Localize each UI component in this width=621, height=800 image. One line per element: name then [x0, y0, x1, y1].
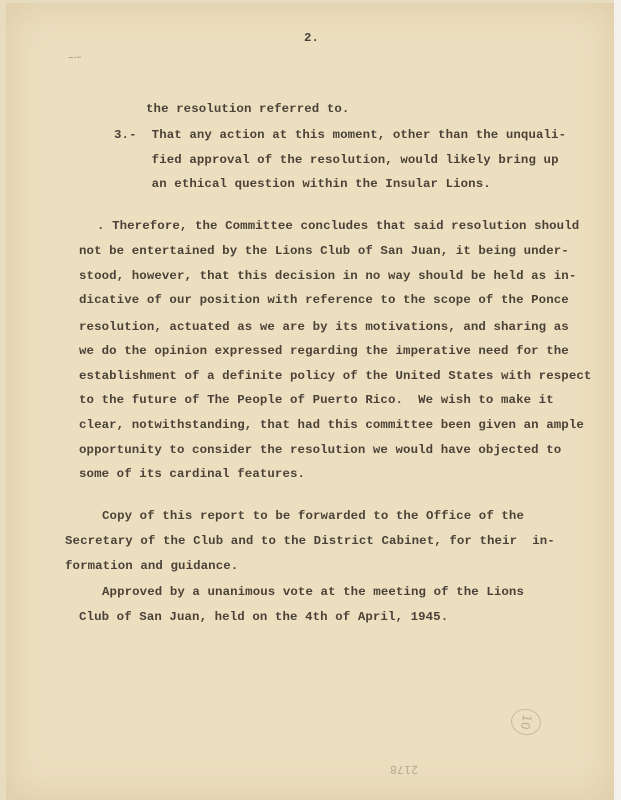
paragraph-line: not be entertained by the Lions Club of … [79, 244, 569, 258]
paragraph-line: Copy of this report to be forwarded to t… [102, 509, 524, 523]
pencil-note: 2178 [390, 763, 418, 776]
text-line: the resolution referred to. [146, 102, 349, 116]
paragraph-line: Secretary of the Club and to the Distric… [65, 534, 555, 548]
document-page: 2. ~-~ the resolution referred to. 3.- T… [6, 3, 614, 800]
paragraph-line: Club of San Juan, held on the 4th of Apr… [79, 610, 448, 624]
list-item-3-line-2: fied approval of the resolution, would l… [114, 153, 559, 167]
page-number: 2. [304, 31, 319, 45]
paragraph-line: to the future of The People of Puerto Ri… [79, 393, 554, 407]
margin-mark: ~-~ [68, 52, 99, 66]
paragraph-line: formation and guidance. [65, 559, 238, 573]
paragraph-line: resolution, actuated as we are by its mo… [79, 320, 569, 334]
page-edge [614, 0, 621, 800]
paragraph-line: Approved by a unanimous vote at the meet… [102, 585, 524, 599]
paragraph-line: . Therefore, the Committee concludes tha… [97, 219, 579, 233]
paragraph-line: stood, however, that this decision in no… [79, 269, 576, 283]
paragraph-line: some of its cardinal features. [79, 467, 305, 481]
paragraph-line: dicative of our position with reference … [79, 293, 569, 307]
paragraph-line: clear, notwithstanding, that had this co… [79, 418, 584, 432]
paragraph-line: establishment of a definite policy of th… [79, 369, 591, 383]
circled-number: 10 [509, 707, 543, 738]
paragraph-line: we do the opinion expressed regarding th… [79, 344, 569, 358]
paragraph-line: opportunity to consider the resolution w… [79, 443, 561, 457]
list-item-3-line-1: 3.- That any action at this moment, othe… [114, 128, 566, 142]
list-item-3-line-3: an ethical question within the Insular L… [114, 177, 491, 191]
